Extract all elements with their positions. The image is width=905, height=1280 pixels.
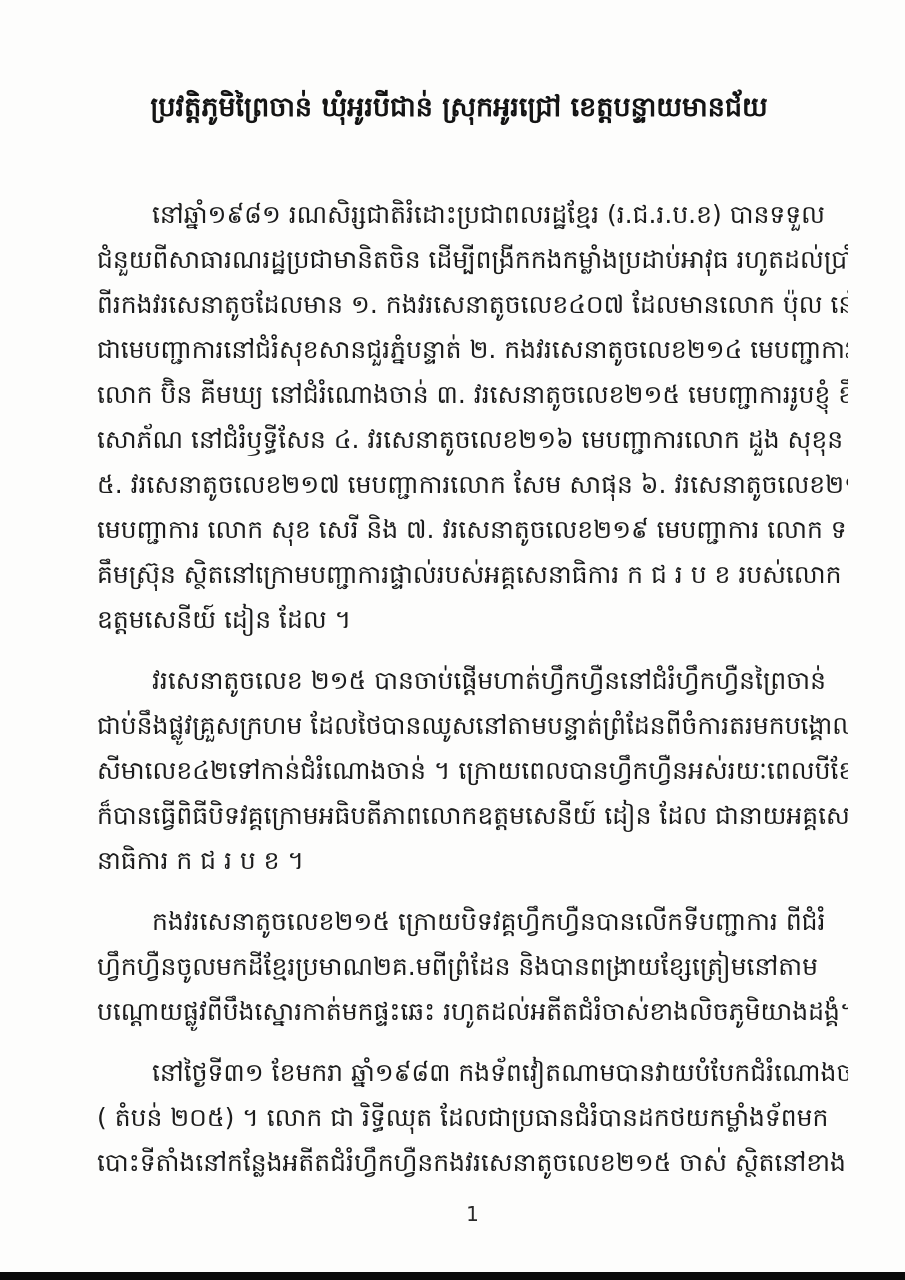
text-line: វរសេនាតូចលេខ ២១៥ បានចាប់ផ្ដើមហាត់ហ្វឹកហ្… bbox=[97, 658, 848, 703]
text-line: លោក ប៊ិន គីមឃ្យ នៅជំរំណោងចាន់ ៣. វរសេនាត… bbox=[97, 372, 848, 417]
text-line: គឹមស្រ៊ុន ស្ថិតនៅក្រោមបញ្ជាការផ្ទាល់របស់… bbox=[97, 552, 848, 597]
text-line: ក៏បានធ្វើពិធីបិទវគ្គក្រោមអធិបតីភាពលោកឧត្… bbox=[97, 793, 848, 838]
text-line: ជំនួយពីសាធារណរដ្ឋប្រជាមានិតចិន ដើម្បីពង្… bbox=[97, 237, 848, 282]
text-line: ( តំបន់ ២០៥) ។ លោក ជា រិទ្ធីឈុត ដែលជាប្រ… bbox=[97, 1095, 848, 1140]
paragraph: នៅឆ្នាំ១៩៨១ រណសិរ្សជាតិរំដោះប្រជាពលរដ្ឋខ… bbox=[97, 192, 848, 642]
page-number: 1 bbox=[97, 1201, 848, 1227]
text-line: នៅថ្ងៃទី៣១ ខែមករា ឆ្នាំ១៩៨៣ កងទ័ពវៀតណាមប… bbox=[97, 1050, 848, 1095]
document-page: ប្រវត្តិភូមិព្រៃចាន់ ឃុំអូរបីជាន់ ស្រុកអ… bbox=[0, 0, 905, 1280]
text-line: សីមាលេខ៤២ទៅកាន់ជំរំណោងចាន់ ។ ក្រោយពេលបាន… bbox=[97, 748, 848, 793]
text-line: សោភ័ណ នៅជំរំឫទ្ធីសែន ៤. វរសេនាតូចលេខ២១៦ … bbox=[97, 417, 848, 462]
text-line: ជាមេបញ្ជាការនៅជំរំសុខសានជួរភ្នំបន្ទាត់ ២… bbox=[97, 327, 848, 372]
text-line: បណ្ដោយផ្លូវពីបឹងស្នោរកាត់មកផ្ទះឆេះ រហូតដ… bbox=[97, 989, 848, 1034]
document-title: ប្រវត្តិភូមិព្រៃចាន់ ឃុំអូរបីជាន់ ស្រុកអ… bbox=[70, 88, 848, 128]
text-line: នាធិការ ក ជ រ ប ខ ។ bbox=[97, 838, 848, 883]
text-line: ពីរកងវរសេនាតូចដែលមាន ១. កងវរសេនាតូចលេខ៤០… bbox=[97, 282, 848, 327]
text-line: ឧត្តមសេនីយ៍ ដៀន ដែល ។ bbox=[97, 597, 848, 642]
paragraph: នៅថ្ងៃទី៣១ ខែមករា ឆ្នាំ១៩៨៣ កងទ័ពវៀតណាមប… bbox=[97, 1050, 848, 1185]
scan-edge-bar bbox=[0, 1272, 905, 1280]
text-line: ហ្វឹកហ្វឺនចូលមកដីខ្មែរប្រមាណ២គ.មពីព្រំដែ… bbox=[97, 944, 848, 989]
text-line: ជាប់នឹងផ្លូវគ្រួសក្រហម ដែលថៃបានឈូសនៅតាមប… bbox=[97, 703, 848, 748]
document-body: នៅឆ្នាំ១៩៨១ រណសិរ្សជាតិរំដោះប្រជាពលរដ្ឋខ… bbox=[97, 192, 848, 1227]
text-line: នៅឆ្នាំ១៩៨១ រណសិរ្សជាតិរំដោះប្រជាពលរដ្ឋខ… bbox=[97, 192, 848, 237]
text-line: មេបញ្ជាការ លោក សុខ សេរី និង ៧. វរសេនាតូច… bbox=[97, 507, 848, 552]
text-line: បោះទីតាំងនៅកន្លែងអតីតជំរំហ្វឹកហ្វឺនកងវរស… bbox=[97, 1140, 848, 1185]
text-line: កងវរសេនាតូចលេខ២១៥ ក្រោយបិទវគ្គហ្វឹកហ្វឺន… bbox=[97, 899, 848, 944]
paragraph: កងវរសេនាតូចលេខ២១៥ ក្រោយបិទវគ្គហ្វឹកហ្វឺន… bbox=[97, 899, 848, 1034]
paragraph: វរសេនាតូចលេខ ២១៥ បានចាប់ផ្ដើមហាត់ហ្វឹកហ្… bbox=[97, 658, 848, 883]
text-line: ៥. វរសេនាតូចលេខ២១៧ មេបញ្ជាការលោក សែម សាផ… bbox=[97, 462, 848, 507]
